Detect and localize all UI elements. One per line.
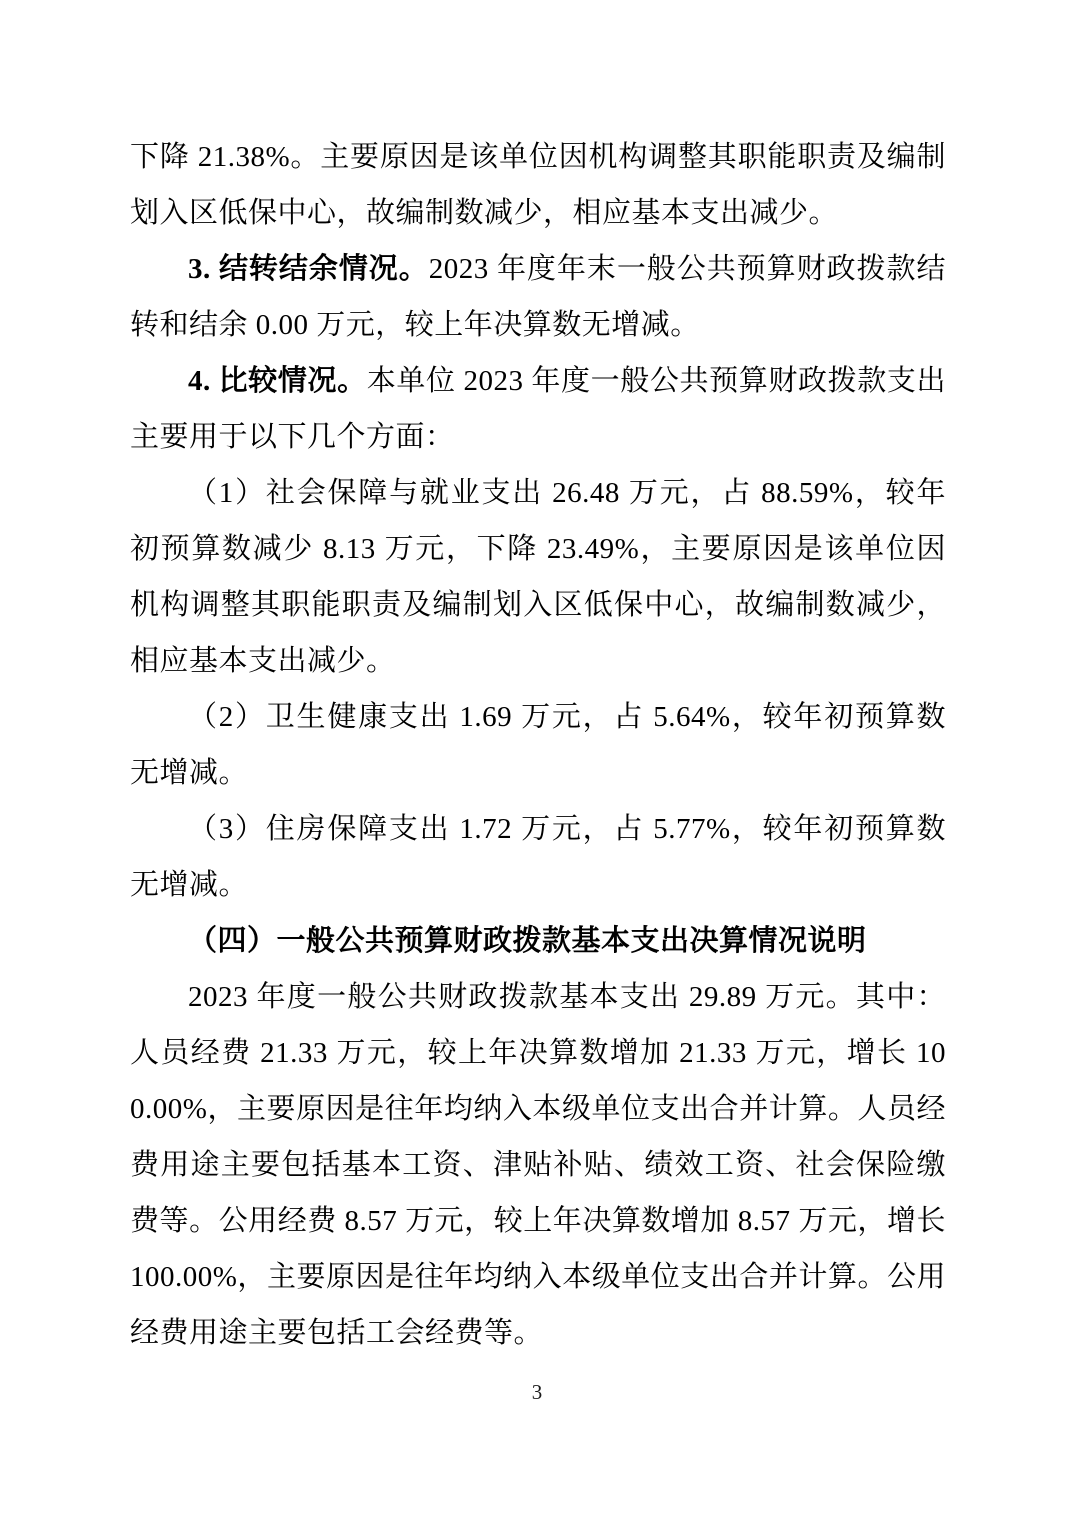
document-body: 下降 21.38%。主要原因是该单位因机构调整其职能职责及编制划入区低保中心，故… (130, 129, 946, 1361)
paragraph-subitem-1: （1）社会保障与就业支出 26.48 万元，占 88.59%，较年初预算数减少 … (130, 465, 946, 689)
section-heading-text: （四）一般公共预算财政拨款基本支出决算情况说明 (188, 925, 867, 957)
paragraph-lead-bold: 3. 结转结余情况。 (188, 253, 429, 285)
paragraph-continuation: 下降 21.38%。主要原因是该单位因机构调整其职能职责及编制划入区低保中心，故… (130, 129, 946, 241)
paragraph-lead-bold: 4. 比较情况。 (188, 365, 367, 397)
paragraph-subitem-2: （2）卫生健康支出 1.69 万元，占 5.64%，较年初预算数无增减。 (130, 689, 946, 801)
paragraph-text: （2）卫生健康支出 1.69 万元，占 5.64%，较年初预算数无增减。 (130, 701, 946, 789)
document-page: 下降 21.38%。主要原因是该单位因机构调整其职能职责及编制划入区低保中心，故… (0, 0, 1074, 1520)
paragraph-text: 下降 21.38%。主要原因是该单位因机构调整其职能职责及编制划入区低保中心，故… (130, 141, 946, 229)
paragraph-text: 2023 年度一般公共财政拨款基本支出 29.89 万元。其中：人员经费 21.… (130, 981, 946, 1349)
section-heading-4: （四）一般公共预算财政拨款基本支出决算情况说明 (130, 913, 946, 969)
paragraph-basic-expenditure: 2023 年度一般公共财政拨款基本支出 29.89 万元。其中：人员经费 21.… (130, 969, 946, 1361)
paragraph-item-4: 4. 比较情况。本单位 2023 年度一般公共预算财政拨款支出主要用于以下几个方… (130, 353, 946, 465)
paragraph-text: （1）社会保障与就业支出 26.48 万元，占 88.59%，较年初预算数减少 … (130, 477, 946, 677)
paragraph-subitem-3: （3）住房保障支出 1.72 万元，占 5.77%，较年初预算数无增减。 (130, 801, 946, 913)
paragraph-text: （3）住房保障支出 1.72 万元，占 5.77%，较年初预算数无增减。 (130, 813, 946, 901)
page-number: 3 (0, 1378, 1074, 1406)
paragraph-item-3: 3. 结转结余情况。2023 年度年末一般公共预算财政拨款结转和结余 0.00 … (130, 241, 946, 353)
